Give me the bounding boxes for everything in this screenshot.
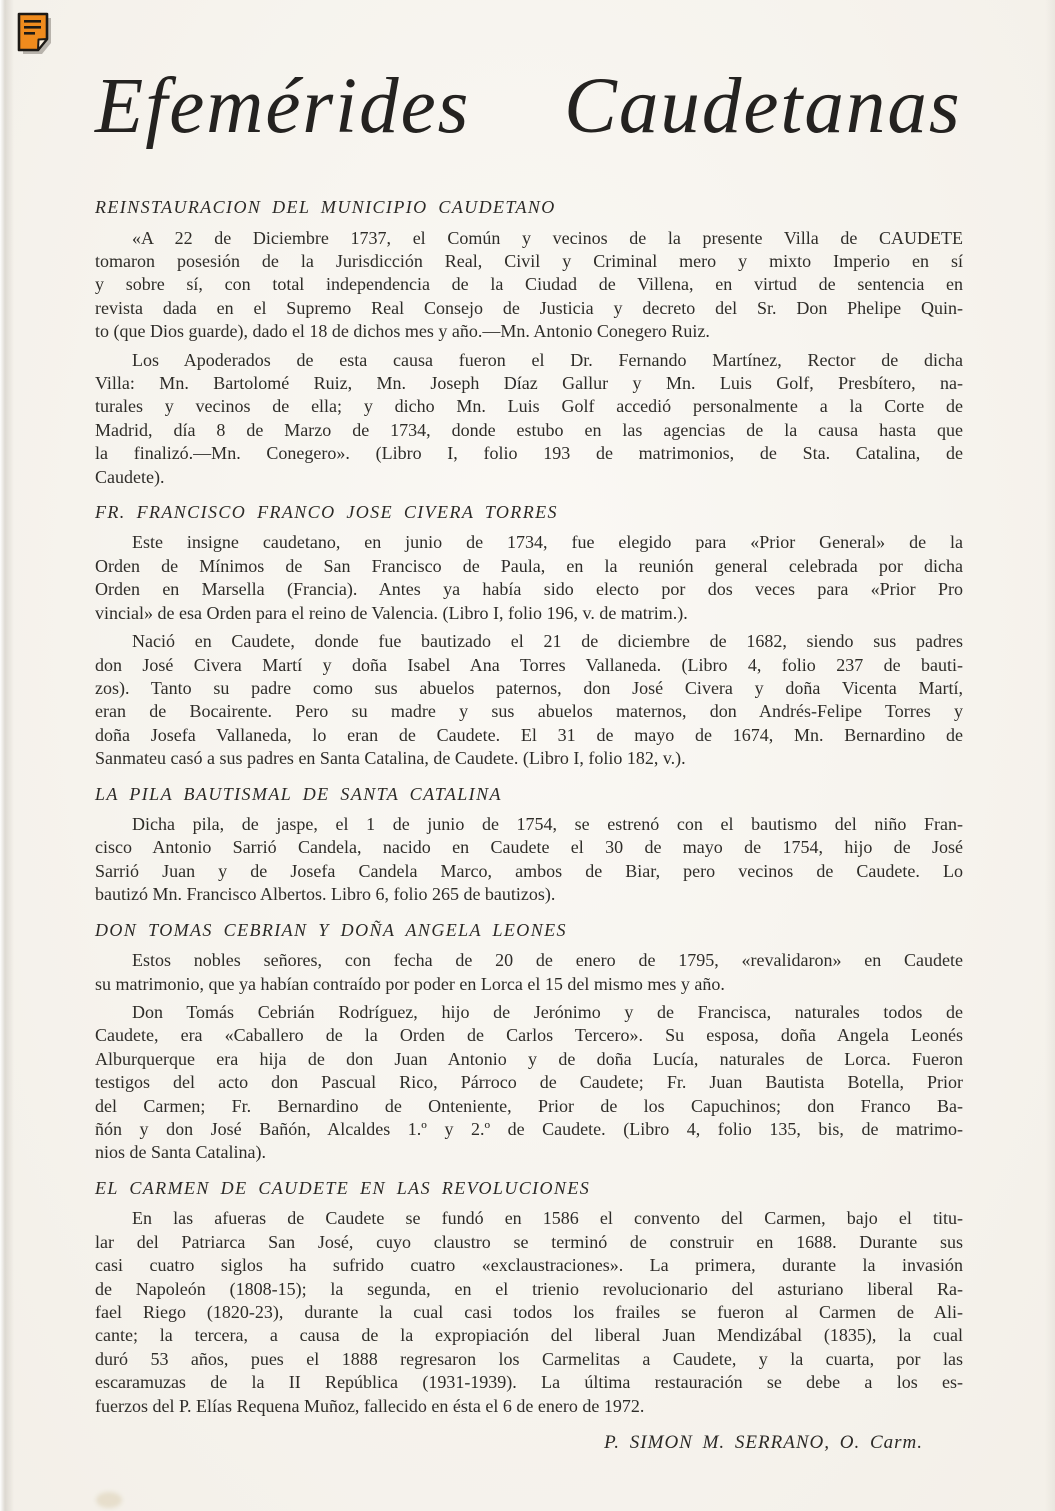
text-line: Sanmateu casó a sus padres en Santa Cata… <box>95 747 963 770</box>
text-line: Sarrió Juan y de Josefa Candela Marco, a… <box>95 860 963 883</box>
text-line: «A 22 de Diciembre 1737, el Común y veci… <box>95 227 963 250</box>
text-line: Don Tomás Cebrián Rodríguez, hijo de Jer… <box>95 1001 963 1024</box>
text-line: de Napoleón (1808-15); la segunda, en el… <box>95 1278 963 1301</box>
text-line: don José Civera Martí y doña Isabel Ana … <box>95 654 963 677</box>
text-line: su matrimonio, que ya habían contraído p… <box>95 973 963 996</box>
paragraph: Nació en Caudete, donde fue bautizado el… <box>95 630 963 770</box>
text-line: Los Apoderados de esta causa fueron el D… <box>95 349 963 372</box>
text-line: cante; la tercera, a causa de la expropi… <box>95 1324 963 1347</box>
text-line: Dicha pila, de jaspe, el 1 de junio de 1… <box>95 813 963 836</box>
text-line: Alburquerque era hija de don Juan Antoni… <box>95 1048 963 1071</box>
text-line: Madrid, día 8 de Marzo de 1734, donde es… <box>95 419 963 442</box>
paragraph: Este insigne caudetano, en junio de 1734… <box>95 531 963 625</box>
document-note-icon[interactable] <box>13 10 57 58</box>
paragraph: Estos nobles señores, con fecha de 20 de… <box>95 949 963 996</box>
text-line: En las afueras de Caudete se fundó en 15… <box>95 1207 963 1230</box>
section-heading: FR. FRANCISCO FRANCO JOSE CIVERA TORRES <box>95 501 963 525</box>
text-line: del Carmen; Fr. Bernardino de Onteniente… <box>95 1095 963 1118</box>
text-line: cisco Antonio Sarrió Candela, nacido en … <box>95 836 963 859</box>
text-line: Orden de Mínimos de San Francisco de Pau… <box>95 555 963 578</box>
scan-smudge <box>96 1492 122 1508</box>
paragraph: Dicha pila, de jaspe, el 1 de junio de 1… <box>95 813 963 907</box>
paragraph: «A 22 de Diciembre 1737, el Común y veci… <box>95 227 963 344</box>
note-line <box>24 20 41 23</box>
text-line: revista dada en el Supremo Real Consejo … <box>95 297 963 320</box>
note-line <box>24 26 41 29</box>
text-line: ñón y don José Bañón, Alcaldes 1.º y 2.º… <box>95 1118 963 1141</box>
text-line: la finalizó.—Mn. Conegero». (Libro I, fo… <box>95 442 963 465</box>
text-line: fael Riego (1820-23), durante la cual ca… <box>95 1301 963 1324</box>
text-line: Estos nobles señores, con fecha de 20 de… <box>95 949 963 972</box>
text-line: nios de Santa Catalina). <box>95 1141 963 1164</box>
section-heading: LA PILA BAUTISMAL DE SANTA CATALINA <box>95 783 963 807</box>
text-line: duró 53 años, pues el 1888 regresaron lo… <box>95 1348 963 1371</box>
text-line: escaramuzas de la II República (1931-193… <box>95 1371 963 1394</box>
paragraph: En las afueras de Caudete se fundó en 15… <box>95 1207 963 1418</box>
page-title: Efemérides Caudetanas <box>95 62 965 172</box>
text-line: tomaron posesión de la Jurisdicción Real… <box>95 250 963 273</box>
text-line: Villa: Mn. Bartolomé Ruiz, Mn. Joseph Dí… <box>95 372 963 395</box>
text-line: Caudete). <box>95 466 963 489</box>
section-heading: EL CARMEN DE CAUDETE EN LAS REVOLUCIONES <box>95 1177 963 1201</box>
text-line: lar del Patriarca San José, cuyo claustr… <box>95 1231 963 1254</box>
section-heading: REINSTAURACION DEL MUNICIPIO CAUDETANO <box>95 196 963 220</box>
text-line: Caudete, era «Caballero de la Orden de C… <box>95 1024 963 1047</box>
text-line: vincial» de esa Orden para el reino de V… <box>95 602 963 625</box>
text-line: turales y vecinos de ella; y dicho Mn. L… <box>95 395 963 418</box>
text-line: eran de Bocairente. Pero su madre y sus … <box>95 700 963 723</box>
text-line: fuerzos del P. Elías Requena Muñoz, fall… <box>95 1395 963 1418</box>
scanned-document-page: Efemérides Caudetanas REINSTAURACION DEL… <box>0 0 1055 1511</box>
author-signature: P. SIMON M. SERRANO, O. Carm. <box>95 1432 923 1454</box>
text-line: Nació en Caudete, donde fue bautizado el… <box>95 630 963 653</box>
paragraph: Don Tomás Cebrián Rodríguez, hijo de Jer… <box>95 1001 963 1165</box>
text-line: testigos del acto don Pascual Rico, Párr… <box>95 1071 963 1094</box>
paragraph: Los Apoderados de esta causa fueron el D… <box>95 349 963 489</box>
text-line: y sobre sí, con total independencia de l… <box>95 273 963 296</box>
text-line: doña Josefa Vallaneda, lo eran de Caudet… <box>95 724 963 747</box>
section-heading: DON TOMAS CEBRIAN Y DOÑA ANGELA LEONES <box>95 919 963 943</box>
text-line: Este insigne caudetano, en junio de 1734… <box>95 531 963 554</box>
text-line: Orden en Marsella (Francia). Antes ya ha… <box>95 578 963 601</box>
text-line: casi cuatro siglos ha sufrido cuatro «ex… <box>95 1254 963 1277</box>
note-line <box>24 32 35 35</box>
text-line: bautizó Mn. Francisco Albertos. Libro 6,… <box>95 883 963 906</box>
article-sections: REINSTAURACION DEL MUNICIPIO CAUDETANO«A… <box>95 196 963 1423</box>
text-line: to (que Dios guarde), dado el 18 de dich… <box>95 320 963 343</box>
text-line: zos). Tanto su padre como sus abuelos pa… <box>95 677 963 700</box>
